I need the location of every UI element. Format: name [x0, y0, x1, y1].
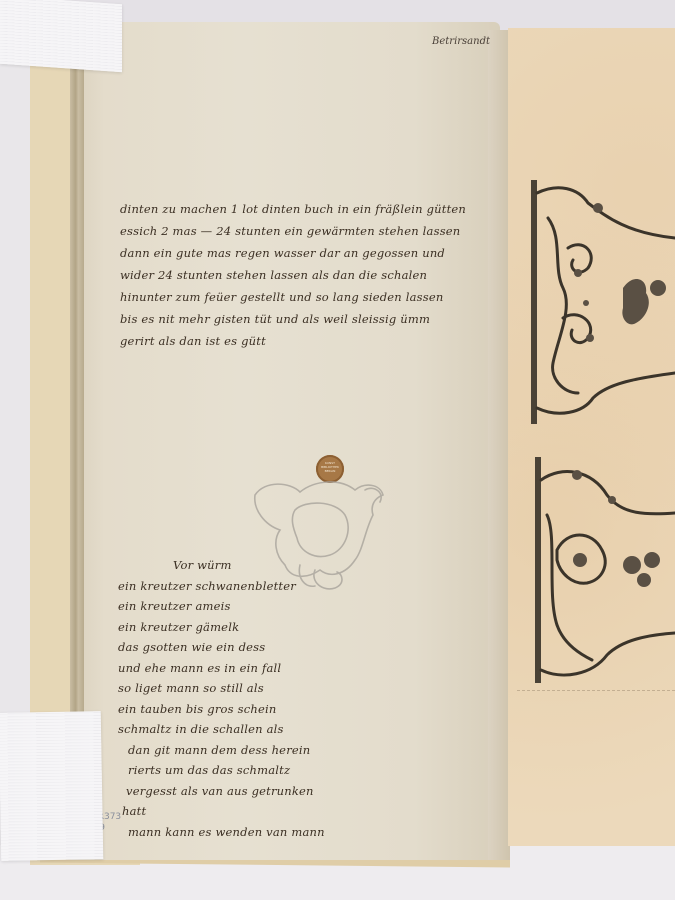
text-line: bis es nit mehr gisten tüt und als weil …	[120, 308, 466, 330]
text-line: dan git mann dem dess herein	[118, 740, 325, 761]
text-line: wider 24 stunten stehen lassen als dan d…	[120, 264, 466, 286]
text-line: hatt	[118, 801, 325, 822]
text-line: vergesst als van aus getrunken	[118, 781, 325, 802]
text-line: rierts um das das schmaltz	[118, 760, 325, 781]
cloth-tape-top	[0, 0, 122, 72]
page-fold	[488, 30, 510, 860]
text-line: essich 2 mas — 24 stunten ein gewärmten …	[120, 220, 466, 242]
text-line: das gsotten wie ein dess	[118, 637, 325, 658]
cloth-tape-bottom	[0, 711, 103, 861]
text-line: dann ein gute mas regen wasser dar an ge…	[120, 242, 466, 264]
engraving-cartouche-bird	[528, 178, 675, 426]
text-line: gerirt als dan ist es gütt	[120, 330, 466, 352]
plate-mark	[517, 690, 675, 693]
text-line: ein kreutzer schwanenbletter	[118, 576, 325, 597]
engraving-right-page	[508, 28, 675, 846]
recipe-title: Vor würm	[118, 555, 325, 576]
recipe-worms-text: Vor würm ein kreutzer schwanenbletter ei…	[118, 555, 325, 842]
text-line: ein kreutzer ameis	[118, 596, 325, 617]
text-line: dinten zu machen 1 lot dinten buch in ei…	[120, 198, 466, 220]
recipe-ink-text: dinten zu machen 1 lot dinten buch in ei…	[120, 198, 466, 352]
text-line: so liget mann so still als	[118, 678, 325, 699]
text-line: schmaltz in die schallen als	[118, 719, 325, 740]
text-line: mann kann es wenden van mann	[118, 822, 325, 843]
text-line: ein kreutzer gämelk	[118, 617, 325, 638]
text-line: ein tauben bis gros schein	[118, 699, 325, 720]
corner-annotation: Betrirsandt	[432, 36, 490, 47]
engraving-cartouche-cherubs	[532, 455, 675, 685]
text-line: hinunter zum feüer gestellt und so lang …	[120, 286, 466, 308]
text-line: und ehe mann es in ein fall	[118, 658, 325, 679]
